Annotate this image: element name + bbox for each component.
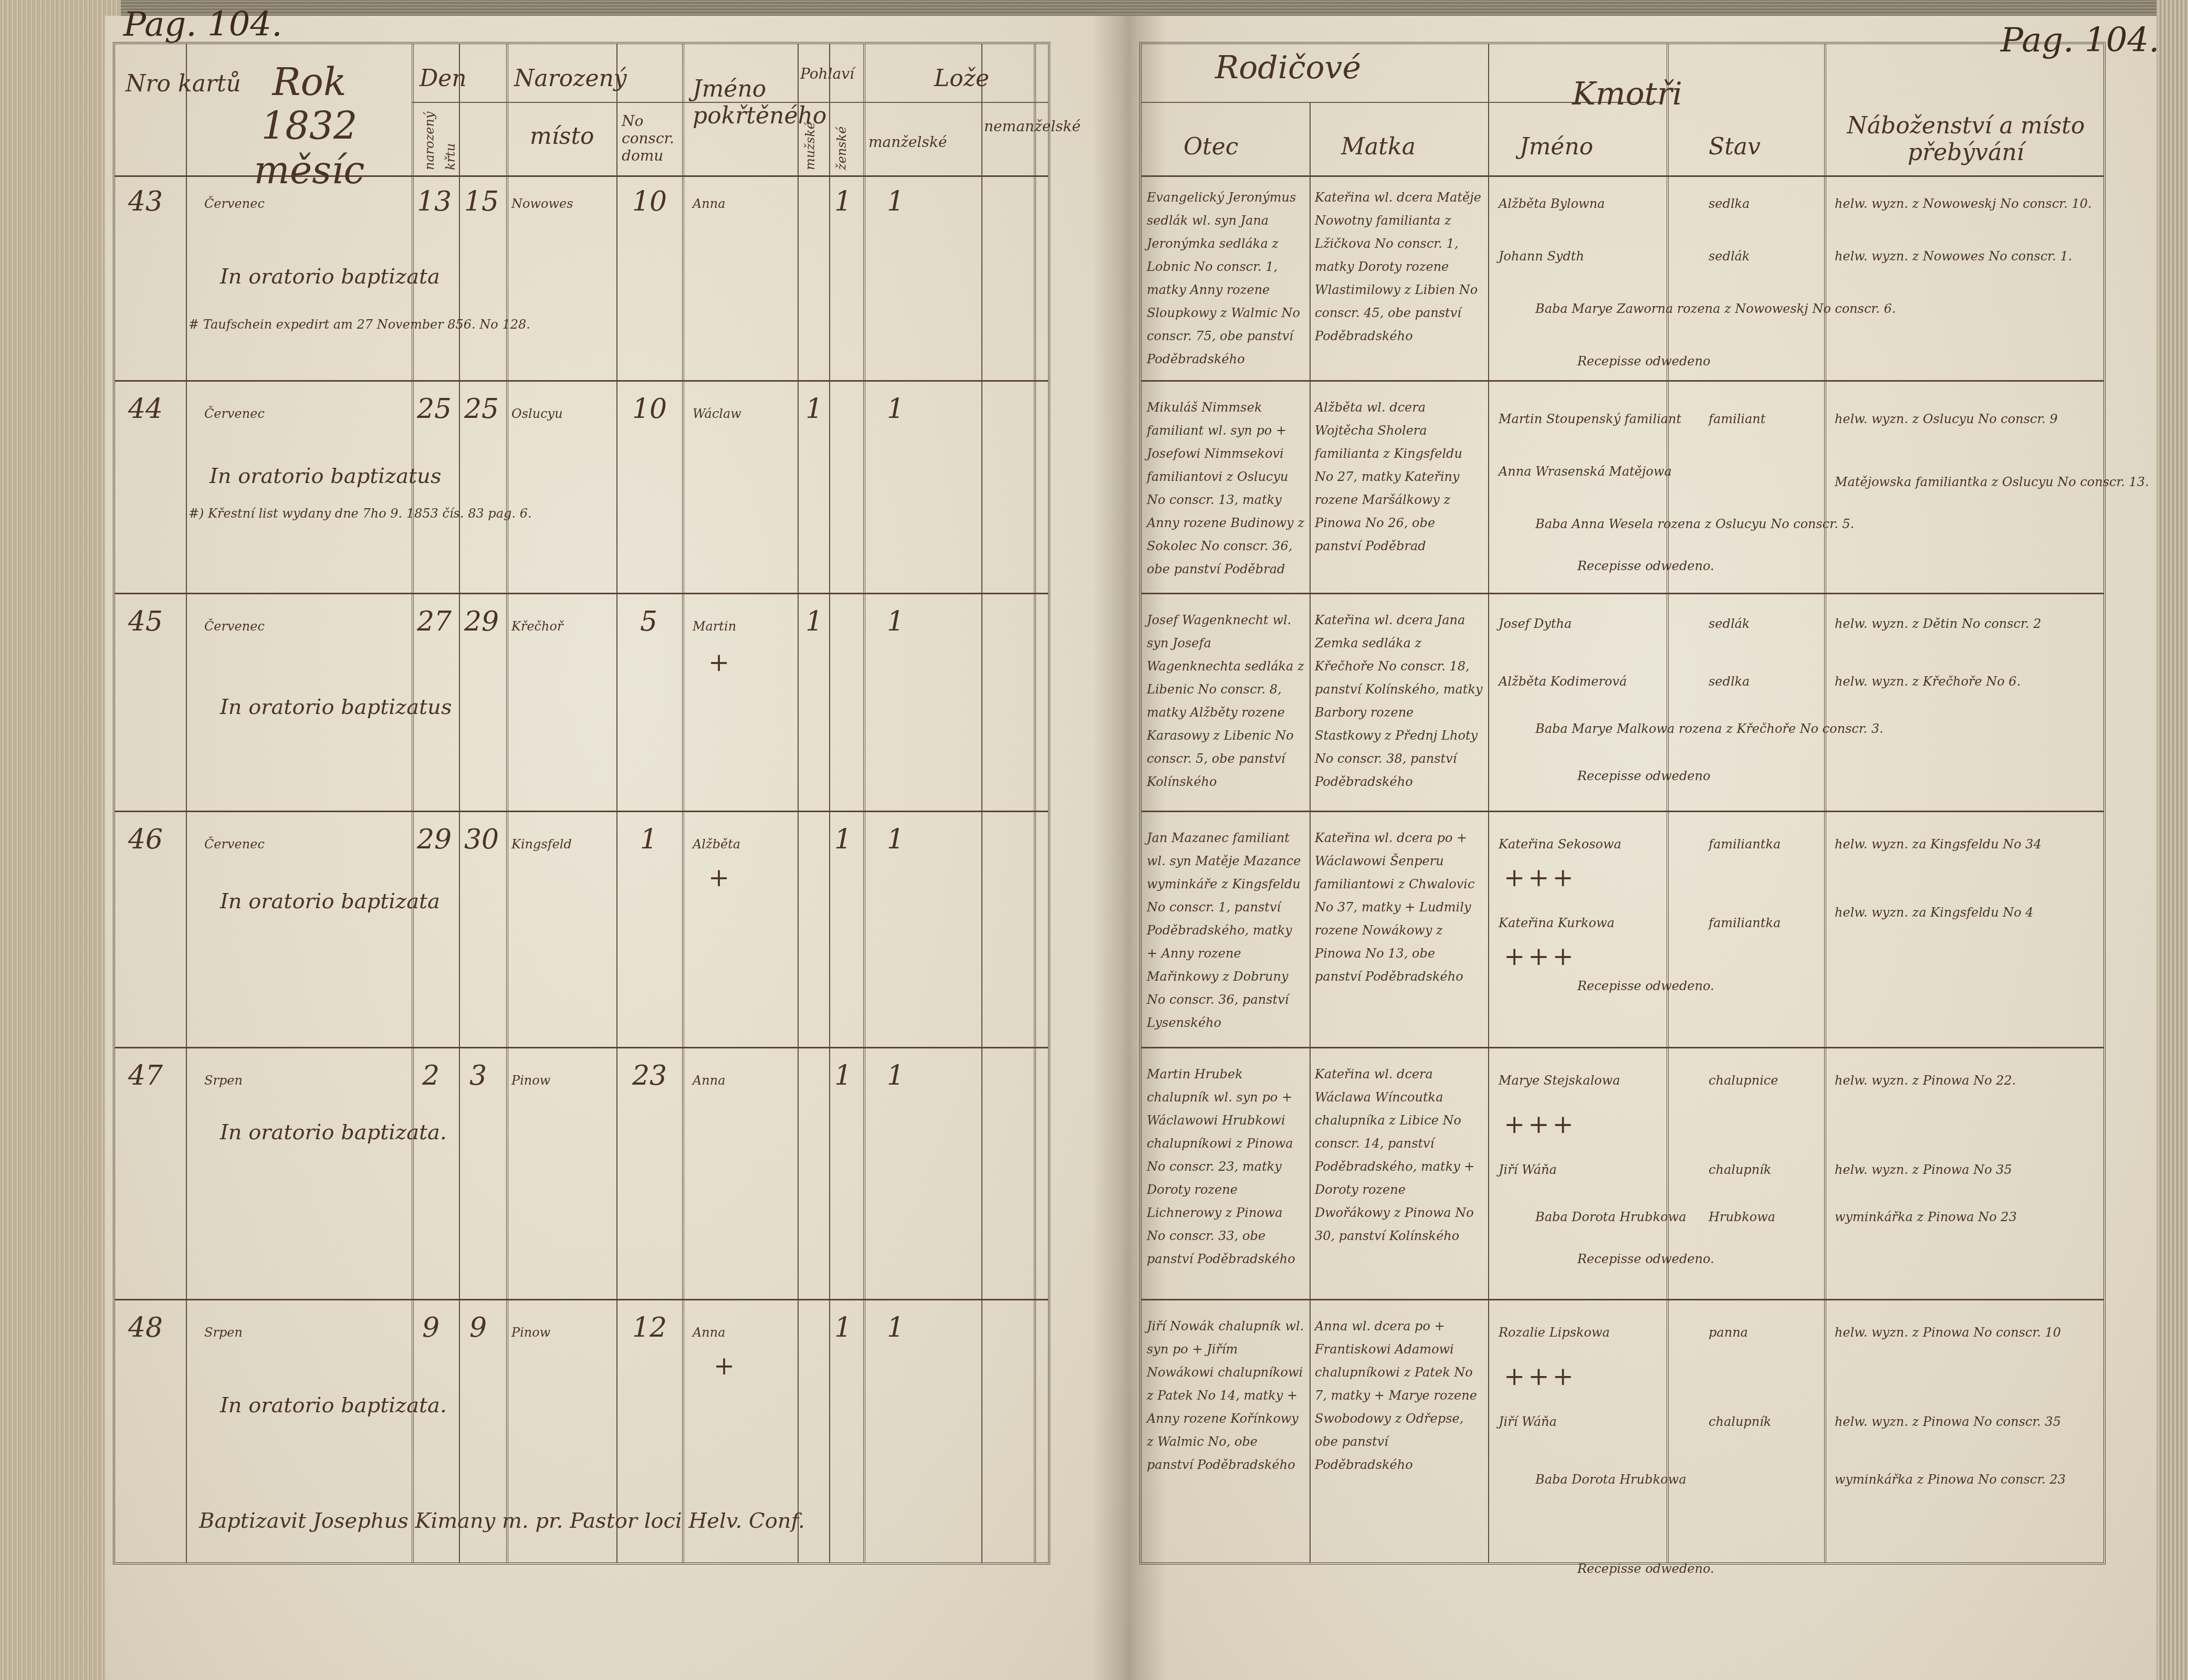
col-divider [863, 44, 865, 1562]
entry-mother: Alžběta wl. dcera Wojtěcha Sholera famil… [1315, 396, 1483, 558]
entry-status: familiantka [1709, 916, 1781, 930]
entry-godparent: Alžběta Bylowna [1499, 196, 1605, 211]
row-divider [1142, 1047, 2103, 1048]
entry-religion-place: wyminkářka z Pinowa No 23 [1835, 1210, 2017, 1224]
book-left-edge [0, 0, 121, 1680]
entry-legit: 1 [887, 393, 904, 425]
row-divider [115, 380, 1048, 382]
entry-note-secondary: #) Křestní list wydany dne 7ho 9. 1853 č… [189, 506, 532, 521]
entry-midwife: Baba Dorota Hrubkowa [1535, 1472, 1687, 1487]
entry-month: Červenec [204, 619, 265, 634]
row-divider [1142, 593, 2103, 594]
entry-mother: Anna wl. dcera po + Frantiskowi Adamowi … [1315, 1315, 1483, 1476]
header-godparent-name: Jméno [1520, 133, 1593, 160]
entry-status: familiantka [1709, 837, 1781, 852]
entry-mother: Kateřina wl. dcera Matěje Nowotny famili… [1315, 186, 1483, 348]
header-place: místo [530, 123, 594, 150]
entry-day-baptized: 25 [464, 393, 499, 425]
entry-godparent: Jiří Wáňa [1499, 1162, 1557, 1177]
entry-child-name: Anna [693, 1073, 726, 1088]
entry-receipt: Recepisse odwedeno. [1577, 1252, 1714, 1266]
entry-status: sedlka [1709, 196, 1750, 211]
entry-religion-place: helw. wyzn. z Pinowa No 35 [1835, 1162, 2012, 1177]
entry-child-name: Anna [693, 196, 726, 211]
col-divider [616, 44, 617, 1562]
row-divider [115, 1299, 1048, 1300]
entry-female: 1 [834, 824, 852, 855]
entry-godparent: Alžběta Kodimerová [1499, 674, 1627, 689]
entry-status: sedlák [1709, 616, 1750, 631]
entry-note: In oratorio baptizata. [220, 1393, 447, 1417]
col-divider [186, 44, 187, 1562]
entry-status: familiant [1709, 412, 1765, 426]
entry-religion-place: helw. wyzn. z Oslucyu No conscr. 9 [1835, 412, 2058, 426]
entry-child-name: Martin [693, 619, 736, 634]
entry-religion-place: helw. wyzn. z Pinowa No conscr. 35 [1835, 1414, 2061, 1429]
col-divider [506, 44, 508, 1562]
entry-place: Oslucyu [511, 406, 563, 421]
entry-godparent: Jiří Wáňa [1499, 1414, 1557, 1429]
entry-day-born: 27 [417, 606, 452, 637]
godparent-cross-mark-icon: +++ [1504, 1362, 1577, 1391]
entry-father: Evangelický Jeronýmus sedlák wl. syn Jan… [1147, 186, 1304, 371]
entry-receipt: Recepisse odwedeno. [1577, 1561, 1714, 1576]
entry-place: Pinow [511, 1325, 550, 1340]
entry-house: 12 [632, 1312, 667, 1343]
entry-month: Srpen [204, 1073, 243, 1088]
entry-female: 1 [834, 1312, 852, 1343]
entry-legit: 1 [887, 1312, 904, 1343]
entry-status: Hrubkowa [1709, 1210, 1775, 1224]
entry-day-born: 13 [417, 186, 452, 217]
book-right-edge [2156, 0, 2188, 1680]
entry-place: Pinow [511, 1073, 550, 1088]
entry-house: 5 [640, 606, 657, 637]
entry-note: In oratorio baptizatus [220, 695, 452, 719]
col-divider [981, 44, 982, 1562]
header-name: Jméno pokřtěného [693, 76, 798, 129]
col-divider [1667, 44, 1669, 1562]
entry-female: 1 [834, 1060, 852, 1091]
entry-religion-place: helw. wyzn. z Pinowa No 22. [1835, 1073, 2016, 1088]
entry-religion-place: wyminkářka z Pinowa No conscr. 23 [1835, 1472, 2066, 1487]
header-year-month: Rok 1832 měsíc [220, 60, 399, 192]
col-divider [682, 44, 684, 1562]
col-divider [1824, 44, 1826, 1562]
entry-number: 48 [128, 1312, 163, 1343]
entry-legit: 1 [887, 186, 904, 217]
entry-midwife: Baba Marye Malkowa rozena z Křečhoře No … [1535, 721, 1883, 736]
death-cross-icon: + [708, 863, 732, 892]
entry-month: Červenec [204, 837, 265, 852]
pastor-signature: Baptizavit Josephus Kimany m. pr. Pastor… [199, 1509, 805, 1533]
col-divider [1034, 44, 1036, 1562]
entry-day-born: 29 [417, 824, 452, 855]
entry-godparent: Rozalie Lipskowa [1499, 1325, 1610, 1340]
entry-father: Jiří Nowák chalupník wl. syn po + Jiřím … [1147, 1315, 1304, 1476]
entry-day-baptized: 15 [464, 186, 499, 217]
entry-note: In oratorio baptizata [220, 265, 440, 289]
entry-female: 1 [834, 186, 852, 217]
entry-day-baptized: 3 [469, 1060, 487, 1091]
entry-father: Josef Wagenknecht wl. syn Josefa Wagenkn… [1147, 608, 1304, 793]
entry-godparent: Marye Stejskalowa [1499, 1073, 1620, 1088]
header-house-no: No conscr. domu [622, 112, 679, 164]
header-sex-male: mužské [803, 122, 818, 170]
entry-house: 10 [632, 186, 667, 217]
entry-child-name: Anna [693, 1325, 726, 1340]
godparent-cross-mark-icon: +++ [1504, 942, 1577, 971]
entry-place: Kingsfeld [511, 837, 572, 852]
entry-godparent: Johann Sydth [1499, 249, 1584, 264]
entry-religion-place: helw. wyzn. z Nowoweskj No conscr. 10. [1835, 196, 2092, 211]
col-divider [1488, 44, 1489, 1562]
entry-legit: 1 [887, 606, 904, 637]
header-sex-female: ženské [834, 127, 849, 170]
entry-midwife: Baba Marye Zaworna rozena z Nowoweskj No… [1535, 301, 1896, 316]
entry-note: In oratorio baptizata [220, 889, 440, 913]
entry-month: Červenec [204, 196, 265, 211]
entry-legit: 1 [887, 824, 904, 855]
entry-day-born: 2 [422, 1060, 439, 1091]
col-divider [829, 44, 830, 1562]
header-status: Stav [1709, 133, 1761, 160]
entry-place: Křečhoř [511, 619, 563, 634]
row-divider [115, 593, 1048, 594]
entry-mother: Kateřina wl. dcera Jana Zemka sedláka z … [1315, 608, 1483, 793]
death-cross-icon: + [708, 648, 732, 677]
entry-receipt: Recepisse odwedeno. [1577, 979, 1714, 993]
entry-number: 47 [128, 1060, 163, 1091]
entry-receipt: Recepisse odwedeno. [1577, 559, 1714, 573]
row-divider [1142, 811, 2103, 812]
entry-status: sedlák [1709, 249, 1750, 264]
entry-mother: Kateřina wl. dcera Wáclawa Wíncoutka cha… [1315, 1063, 1483, 1247]
row-divider [1142, 380, 2103, 382]
entry-godparent: Josef Dytha [1499, 616, 1572, 631]
col-divider [798, 44, 799, 1562]
death-cross-icon: + [714, 1351, 738, 1381]
entry-month: Srpen [204, 1325, 243, 1340]
header-bottom-line [1142, 175, 2103, 177]
entry-number: 44 [128, 393, 163, 425]
entry-receipt: Recepisse odwedeno [1577, 769, 1710, 783]
header-legit: manželské [868, 133, 947, 151]
entry-religion-place: helw. wyzn. za Kingsfeldu No 34 [1835, 837, 2042, 852]
entry-number: 45 [128, 606, 163, 637]
entry-note: In oratorio baptizata. [220, 1120, 447, 1144]
entry-day-baptized: 9 [469, 1312, 487, 1343]
page-number-left: Pag. 104. [123, 5, 282, 44]
entry-number: 46 [128, 824, 163, 855]
entry-religion-place: helw. wyzn. z Dětin No conscr. 2 [1835, 616, 2041, 631]
header-illegit: nemanželské [984, 118, 1031, 135]
entry-month: Červenec [204, 406, 265, 421]
entry-religion-place: helw. wyzn. z Pinowa No conscr. 10 [1835, 1325, 2061, 1340]
entry-godparent: Martin Stoupenský familiant [1499, 412, 1681, 426]
entry-note: In oratorio baptizatus [210, 464, 441, 488]
entry-day-born: 9 [422, 1312, 439, 1343]
entry-godparent: Kateřina Kurkowa [1499, 916, 1615, 930]
entry-status: panna [1709, 1325, 1748, 1340]
entry-religion-place: helw. wyzn. za Kingsfeldu No 4 [1835, 905, 2034, 920]
entry-receipt: Recepisse odwedeno [1577, 354, 1710, 369]
entry-child-name: Wáclaw [693, 406, 741, 421]
entry-note-secondary: # Taufschein expedirt am 27 November 856… [189, 317, 530, 332]
header-father: Otec [1184, 133, 1238, 160]
entry-mother: Kateřina wl. dcera po + Wáclawowi Šenper… [1315, 826, 1483, 988]
entry-status: chalupník [1709, 1414, 1771, 1429]
entry-father: Mikuláš Nimmsek familiant wl. syn po + J… [1147, 396, 1304, 581]
header-day-born: narozený [422, 111, 437, 170]
entry-legit: 1 [887, 1060, 904, 1091]
entry-number: 43 [128, 186, 163, 217]
entry-father: Martin Hrubek chalupník wl. syn po + Wác… [1147, 1063, 1304, 1270]
register-table-left: Nro kartů Rok 1832 měsíc Den narozený kř… [113, 42, 1050, 1564]
row-divider [115, 811, 1048, 812]
entry-status: chalupník [1709, 1162, 1771, 1177]
entry-male: 1 [805, 393, 823, 425]
header-day: Den [420, 65, 467, 92]
entry-godparent: Anna Wrasenská Matějowa [1499, 464, 1672, 479]
header-day-baptized: křtu [443, 143, 458, 170]
entry-day-baptized: 29 [464, 606, 499, 637]
godparent-cross-mark-icon: +++ [1504, 863, 1577, 892]
entry-status: chalupnice [1709, 1073, 1778, 1088]
entry-place: Nowowes [511, 196, 573, 211]
godparent-cross-mark-icon: +++ [1504, 1110, 1577, 1139]
entry-house: 23 [632, 1060, 667, 1091]
entry-midwife: Baba Anna Wesela rozena z Oslucyu No con… [1535, 517, 1854, 531]
entry-day-baptized: 30 [464, 824, 499, 855]
row-divider [115, 1047, 1048, 1048]
entry-house: 10 [632, 393, 667, 425]
header-sex: Pohlaví [800, 65, 854, 82]
header-parents: Rodičové [1215, 49, 1361, 86]
entry-father: Jan Mazanec familiant wl. syn Matěje Maz… [1147, 826, 1304, 1034]
entry-religion-place: helw. wyzn. z Nowowes No conscr. 1. [1835, 249, 2072, 264]
row-divider [1142, 1299, 2103, 1300]
col-divider [459, 44, 460, 1562]
register-table-right: Rodičové Otec Matka Kmotři Jméno Stav Ná… [1139, 42, 2106, 1564]
entry-midwife: Baba Dorota Hrubkowa [1535, 1210, 1687, 1224]
entry-religion-place: Matějowska familiantka z Oslucyu No cons… [1835, 475, 2149, 489]
header-bed: Lože [934, 65, 989, 92]
entry-status: sedlka [1709, 674, 1750, 689]
header-religion-place: Náboženství a místo přebývání [1840, 112, 2092, 166]
header-born: Narozený [514, 65, 627, 92]
entry-child-name: Alžběta [693, 837, 740, 852]
entry-religion-place: helw. wyzn. z Křečhoře No 6. [1835, 674, 2021, 689]
entry-male: 1 [805, 606, 823, 637]
header-godparents: Kmotři [1572, 76, 1682, 112]
entry-godparent: Kateřina Sekosowa [1499, 837, 1621, 852]
entry-house: 1 [640, 824, 657, 855]
entry-day-born: 25 [417, 393, 452, 425]
col-divider [1310, 102, 1311, 1562]
header-mother: Matka [1341, 133, 1416, 160]
